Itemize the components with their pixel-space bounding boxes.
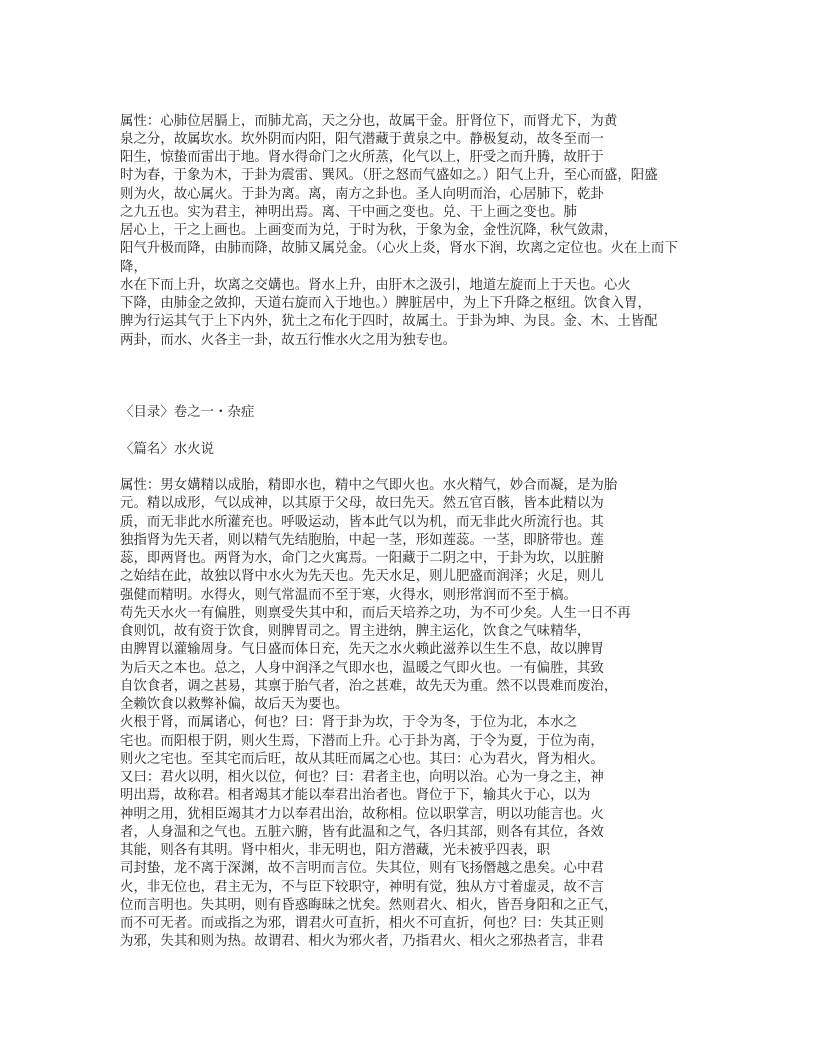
text-line: 降， xyxy=(120,259,147,277)
text-line: 宅也。而阳根于阴，则火生焉，下潜而上升。心于卦为离，于令为夏，于位为南， xyxy=(120,733,604,751)
catalog-heading: 〈目录〉卷之一・杂症 xyxy=(120,404,254,422)
text-line: 而不可无者。而或指之为邪，谓君火可直折，相火不可直折，何也？曰：失其正则 xyxy=(120,915,604,933)
text-line: 脾为行运其气于上下内外，犹土之布化于四时，故属土。于卦为坤、为艮。金、木、土皆配 xyxy=(120,313,658,331)
text-line: 居心上，干之上画也。上画变而为兑，于时为秋，于象为金，金性沉降，秋气敛肃， xyxy=(120,222,617,240)
text-line: 全赖饮食以救弊补偏，故后天为要也。 xyxy=(120,696,349,714)
text-line: 阳生，惊蛰而雷出于地。肾水得命门之火所蒸，化气以上，肝受之而升腾，故肝于 xyxy=(120,149,604,167)
text-line: 蕊，即两肾也。两肾为水，命门之火寓焉。一阳藏于二阴之中，于卦为坎，以脏腑 xyxy=(120,550,604,568)
text-line: 阳气升极而降，由肺而降，故肺又属兑金。（心火上炎，肾水下润，坎离之定位也。火在上… xyxy=(120,240,678,258)
text-line: 元。精以成形，气以成神，以其原于父母，故曰先天。然五官百骸，皆本此精以为 xyxy=(120,495,604,513)
text-line: 两卦，而水、火各主一卦，故五行惟水火之用为独专也。 xyxy=(120,332,456,350)
text-line: 为邪，失其和则为热。故谓君、相火为邪火者，乃指君火、相火之邪热者言，非君 xyxy=(120,933,604,951)
text-line: 水在下而上升，坎离之交媾也。肾水上升，由肝木之汲引，地道左旋而上于天也。心火 xyxy=(120,277,631,295)
text-line: 属性：男女媾精以成胎，精即水也，精中之气即火也。水火精气，妙合而凝，是为胎 xyxy=(120,477,617,495)
text-line: 位而言明也。失其明，则有昏惑晦昧之忧矣。然则君火、相火，皆吾身阳和之正气， xyxy=(120,897,617,915)
chapter-title: 〈篇名〉水火说 xyxy=(120,441,214,459)
text-line: 由脾胃以灌输周身。气日盛而体日充，先天之水火赖此滋养以生生不息，故以脾胃 xyxy=(120,641,604,659)
text-line: 则火之宅也。至其宅而后旺，故从其旺而属之心也。其曰：心为君火，肾为相火。 xyxy=(120,751,604,769)
text-line: 其能，则各有其明。肾中相火，非无明也，阳方潜藏，光未被乎四表，职 xyxy=(120,842,550,860)
text-line: 下降，由肺金之敛抑，天道右旋而入于地也。）脾脏居中，为上下升降之枢纽。饮食入胃， xyxy=(120,295,651,313)
text-line: 自饮食者，调之甚易，其禀于胎气者，治之甚难，故先天为重。然不以畏难而废治， xyxy=(120,678,617,696)
text-line: 苟先天水火一有偏胜，则禀受失其中和，而后天培养之功，为不可少矣。人生一日不再 xyxy=(120,605,631,623)
text-line: 明出焉，故称君。相者竭其才能以奉君出治者也。肾位于下，输其火于心，以为 xyxy=(120,787,590,805)
text-line: 则为火，故心属火。于卦为离。离，南方之卦也。圣人向明而治，心居肺下，乾卦 xyxy=(120,186,604,204)
text-line: 之始结在此，故独以肾中水火为先天也。先天水足，则儿肥盛而润泽；火足，则儿 xyxy=(120,568,604,586)
text-line: 属性：心肺位居膈上，而肺尤高，天之分也，故属干金。肝肾位下，而肾尤下，为黄 xyxy=(120,113,617,131)
text-line: 时为春，于象为木，于卦为震雷、巽风。（肝之怒而气盛如之。）阳气上升，至心而盛，阳… xyxy=(120,167,658,185)
text-line: 独指肾为先天者，则以精气先结胞胎，中起一茎，形如莲蕊。一茎，即脐带也。莲 xyxy=(120,532,604,550)
text-line: 火根于肾，而属诸心，何也？曰：肾于卦为坎，于令为冬，于位为北，本水之 xyxy=(120,714,577,732)
text-line: 神明之用，犹相臣竭其才力以奉君出治，故称相。位以职掌言，明以功能言也。火 xyxy=(120,806,604,824)
text-line: 司封蛰，龙不离于深渊，故不言明而言位。失其位，则有飞扬僭越之患矣。心中君 xyxy=(120,860,604,878)
text-line: 食则饥，故有资于饮食，则脾胃司之。胃主进纳，脾主运化，饮食之气味精华， xyxy=(120,623,590,641)
text-line: 又曰：君火以明，相火以位，何也？曰：君者主也，向明以治。心为一身之主，神 xyxy=(120,769,604,787)
text-line: 泉之分，故属坎水。坎外阴而内阳，阳气潜藏于黄泉之中。静极复动，故冬至而一 xyxy=(120,131,604,149)
text-line: 为后天之本也。总之，人身中润泽之气即水也，温暖之气即火也。一有偏胜，其致 xyxy=(120,660,604,678)
text-line: 强健而精明。水得火，则气常温而不至于寒，火得水，则形常润而不至于槁。 xyxy=(120,587,577,605)
text-line: 者，人身温和之气也。五脏六腑，皆有此温和之气，各归其部，则各有其位，各效 xyxy=(120,824,604,842)
text-line: 质，而无非此水所灌充也。呼吸运动，皆本此气以为机，而无非此火所流行也。其 xyxy=(120,514,604,532)
text-line: 之九五也。实为君主，神明出焉。离、干中画之变也。兑、干上画之变也。肺 xyxy=(120,204,577,222)
text-line: 火，非无位也，君主无为，不与臣下较职守，神明有觉，独从方寸着虚灵，故不言 xyxy=(120,879,604,897)
